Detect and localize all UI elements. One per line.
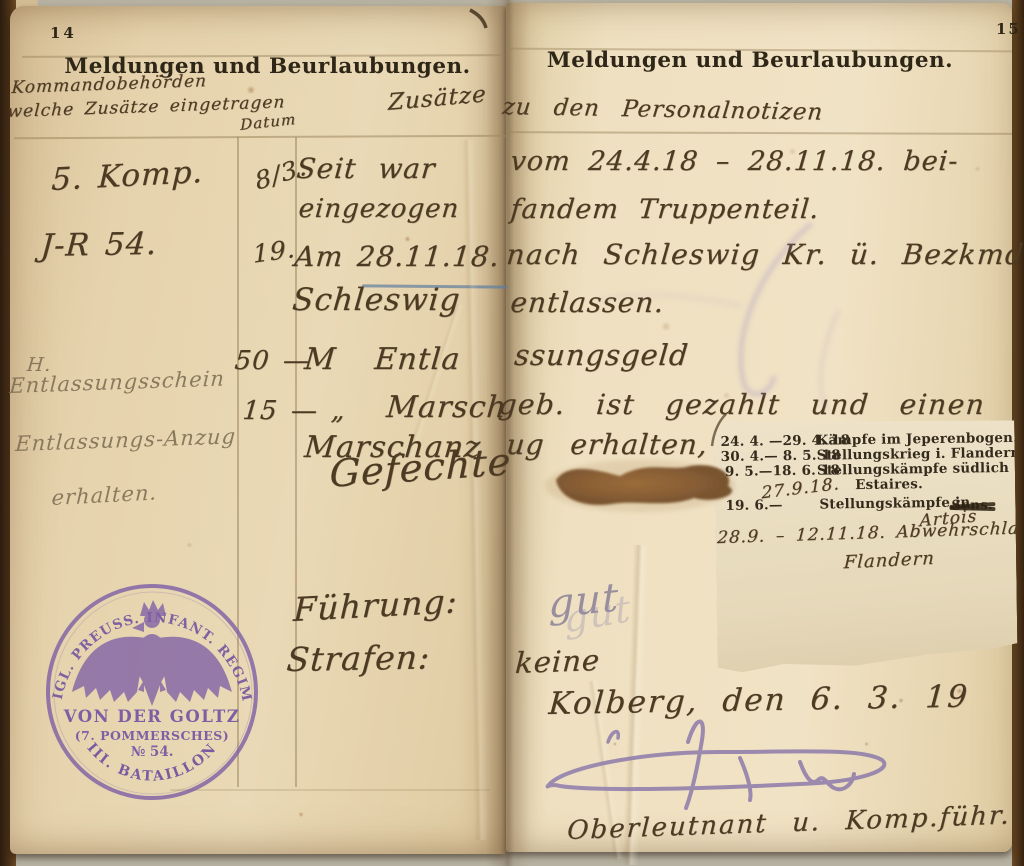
- right-line4: entlassen.: [509, 286, 666, 319]
- entry-marschgeb: Marsch: [385, 390, 509, 425]
- right-page-title: Meldungen und Beurlaubungen.: [520, 48, 980, 73]
- left-vrule-2: [295, 137, 297, 787]
- stain-spot: [660, 322, 672, 331]
- cont-ssungsgeld: ssungsgeld: [513, 338, 690, 372]
- slip-hand-line1: 28.9. – 12.11.18. Abwehrschlacht in: [717, 517, 1024, 548]
- entry-line1: Seit war: [295, 152, 437, 185]
- militaerpass-scan: 14 15 Meldungen und Beurlaubungen. Meldu…: [0, 0, 1024, 866]
- place-date: Kolberg, den 6. 3. 19: [547, 679, 970, 722]
- right-line3: nach Schleswig Kr. ü. Bezkmdo.: [505, 238, 1024, 271]
- slip-row-text-cont: Estaires.: [855, 476, 923, 493]
- entry-strafen: Strafen:: [285, 637, 431, 678]
- stain-spot: [186, 542, 193, 548]
- stamp-name: VON DER GOLTZ: [63, 707, 241, 726]
- unit-line2: J-R 54.: [39, 226, 158, 264]
- right-page-number: 15: [996, 20, 1021, 38]
- stain-spot: [864, 742, 869, 746]
- battle-list-slip: 24. 4. —29. 4. 18 Kämpfe im Jeperenbogen…: [714, 418, 1018, 675]
- amount-1: 50 —: [233, 346, 311, 376]
- stain-spot: [298, 812, 304, 817]
- punishments-keine: keine: [514, 643, 601, 680]
- subnote-personalnotizen: zu den Personalnotizen: [501, 94, 824, 126]
- entry-line2: eingezogen: [297, 194, 460, 224]
- slip-hand-line2: Flandern: [843, 548, 935, 573]
- entry-line3: Am 28.11.18.: [293, 240, 501, 273]
- stain-spot: [974, 166, 981, 172]
- stain-spot: [613, 742, 617, 746]
- regiment-stamp: KÖNIGL. PREUSS. INFANT. REGIMENT VON DER…: [40, 580, 265, 808]
- right-line1: vom 24.4.18 – 28.11.18. bei-: [509, 146, 960, 177]
- right-line2: fandem Truppenteil.: [509, 194, 821, 225]
- left-page-number: 14: [50, 24, 77, 42]
- entry-entlassungsgeld: M Entla: [303, 342, 462, 377]
- cont-ug-erhalten: ug erhalten,: [505, 428, 709, 461]
- amount-2: 15 — „: [241, 396, 347, 426]
- cont-geb-gezahlt: geb. ist gezahlt und einen: [497, 388, 987, 421]
- prussian-eagle-icon: [72, 600, 232, 706]
- stamp-number: № 54.: [131, 744, 174, 760]
- stamp-sub: (7. POMMERSCHES): [75, 728, 229, 743]
- entry-line4: Schleswig: [291, 282, 462, 318]
- date-entry-2: 19.: [252, 234, 296, 269]
